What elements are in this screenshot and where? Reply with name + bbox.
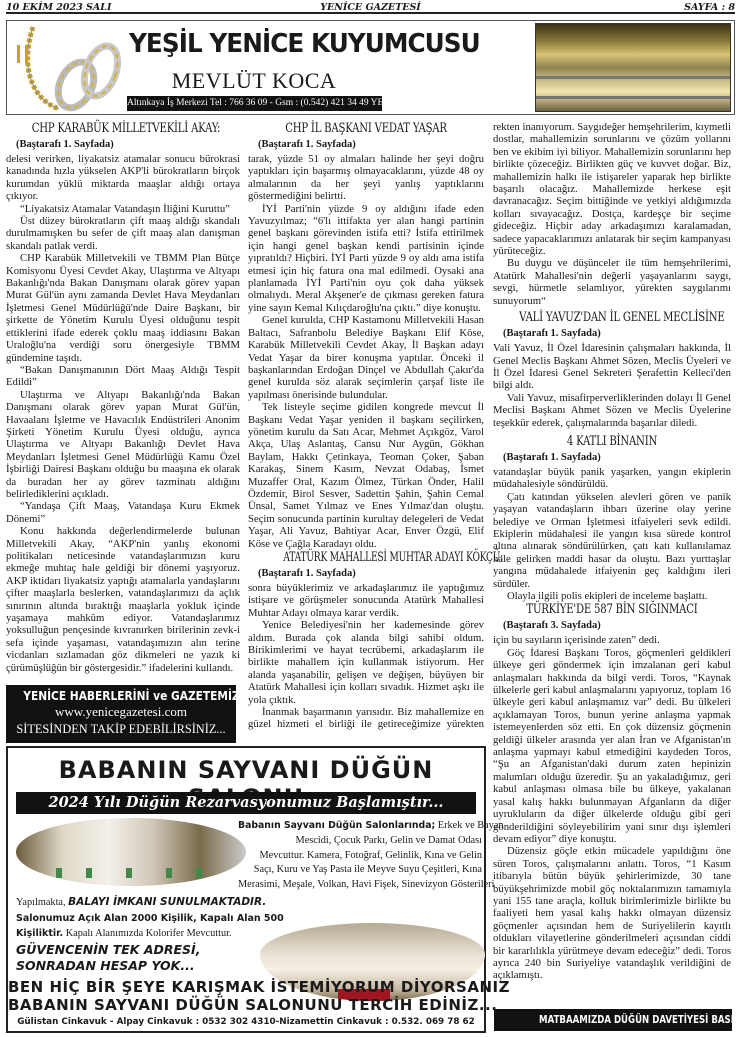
website-banner-title: YENİCE HABERLERİNİ ve GAZETEMİZİ: [23, 687, 219, 704]
article-headline-vali: VALİ YAVUZ'DAN İL GENEL MECLİSİNE: [519, 310, 705, 326]
article-paragraph: Konu hakkında değerlendirmelerde bulunan…: [6, 525, 240, 674]
article-headline-yasar: CHP İL BAŞKANI VEDAT YAŞAR: [274, 121, 458, 137]
hall-services-line: Mescidi, Çocuk Parkı, Gelin ve Damat Oda…: [238, 834, 482, 849]
article-headline-kokcu: ATATÜRK MAHALLESİ MUHTAR ADAYI KÖKÇÜ:: [283, 550, 448, 566]
article-paragraph: Ulaştırma ve Altyapı Bakanlığı'nda Bakan…: [6, 389, 240, 501]
article-paragraph: İnanmak başarmanın yarısıdır. Biz mahall…: [248, 706, 484, 731]
continued-note: (Baştarafı 1. Sayfada): [248, 567, 484, 580]
article-paragraph: Yenice Belediyesi'nin her kademesinde gö…: [248, 619, 484, 706]
continued-note: (Baştarafı 3. Sayfada): [493, 619, 731, 632]
hall-services-line: Saçı, Kuru ve Yaş Pasta ile Meyve Suyu Ç…: [238, 863, 482, 878]
continued-note: (Baştarafı 1. Sayfada): [493, 327, 731, 340]
reservation-banner: 2024 Yılı Düğün Rezarvasyonumuz Başlamış…: [16, 792, 476, 814]
column-3: rekten inanıyorum. Saygıdeğer hemşehrile…: [493, 121, 731, 982]
hall-interior-image: [16, 818, 246, 886]
article-paragraph: Genel kurulda, CHP Kastamonu Milletvekil…: [248, 314, 484, 401]
hall-slogan-2: BABANIN SAYVANI DÜĞÜN SALONUNU TERCİH ED…: [8, 996, 484, 1014]
article-headline-akay: CHP KARABÜK MİLLETVEKİLİ AKAY:: [32, 121, 215, 137]
article-paragraph: Üst düzey bürokratların çift maaş aldığı…: [6, 215, 240, 252]
jeweler-address: Altınkaya İş Merkezi Tel : 766 36 09 - G…: [127, 96, 382, 111]
jeweler-advertisement: YEŞİL YENİCE KUYUMCUSU MEVLÜT KOCA Altın…: [6, 20, 735, 115]
column-2: CHP İL BAŞKANI VEDAT YAŞAR (Baştarafı 1.…: [248, 121, 484, 731]
rings-necklace-image: [11, 23, 123, 113]
hall-slogan-1: BEN HİÇ BİR ŞEYE KARIŞMAK İSTEMİYORUM Dİ…: [8, 978, 484, 996]
continued-note: (Baştarafı 1. Sayfada): [248, 138, 484, 151]
hall-services-line: Merasimi, Meşale, Volkan, Havi Fişek, Si…: [238, 878, 482, 893]
article-subheading: “Liyakatsiz Atamalar Vatandaşın İliğini …: [6, 203, 240, 215]
honeymoon-offer: BALAYI İMKANI SUNULMAKTADIR.: [68, 896, 266, 908]
page-header: 10 EKİM 2023 SALI YENİCE GAZETESİ SAYFA …: [6, 2, 735, 14]
hall-services-line: Erkek ve Bayan: [438, 820, 504, 831]
article-headline-bina: 4 KATLI BİNANIN: [519, 434, 705, 450]
website-url[interactable]: www.yenicegazetesi.com: [6, 704, 236, 720]
article-paragraph: için bu sayıların içerisinde zaten” dedi…: [493, 634, 731, 646]
paper-name: YENİCE GAZETESİ: [6, 2, 735, 13]
article-paragraph: Vali Yavuz, İl Özel İdaresinin çalışmala…: [493, 342, 731, 392]
article-paragraph: Düzensiz göçle etkin mücadele yapıldığın…: [493, 845, 731, 981]
column-1: CHP KARABÜK MİLLETVEKİLİ AKAY: (Baştaraf…: [6, 121, 240, 674]
article-paragraph: Göç İdaresi Başkanı Toros, göçmenleri ge…: [493, 647, 731, 846]
hall-motto-2: SONRADAN HESAP YOK...: [16, 958, 266, 974]
jeweler-owner: MEVLÜT KOCA: [129, 68, 379, 94]
article-paragraph: Bu duygu ve düşünceler ile tüm hemşehril…: [493, 257, 731, 307]
page-number: SAYFA : 8: [684, 2, 735, 13]
article-paragraph: Çatı katından yükselen alevleri gören ve…: [493, 491, 731, 590]
article-paragraph: Olayla ilgili polis ekipleri de inceleme…: [493, 590, 731, 602]
jeweler-name: YEŞİL YENİCE KUYUMCUSU: [129, 29, 367, 59]
hall-services-line: Mevcuttur. Kamera, Fotoğraf, Gelinlik, K…: [238, 849, 482, 864]
print-shop-text: MATBAAMIZDA DÜĞÜN DAVETİYESİ BASILIR TEL…: [539, 1009, 732, 1031]
continued-note: (Baştarafı 1. Sayfada): [493, 451, 731, 464]
article-paragraph-continued: rekten inanıyorum. Saygıdeğer hemşehrile…: [493, 121, 731, 257]
article-headline-siginmaci: TÜRKİYE'DE 587 BİN SIĞINMACI: [519, 602, 705, 618]
hall-capacity-unit: Kişiliktir.: [16, 928, 63, 939]
hall-capacity-info: Yapılmakta, BALAYI İMKANI SUNULMAKTADIR.…: [16, 894, 266, 974]
article-paragraph: vatandaşlar büyük panik yaşarken, yangın…: [493, 466, 731, 491]
jewelry-display-image: [535, 23, 731, 112]
website-banner-subtitle: SİTESİNDEN TAKİP EDEBİLİRSİNİZ...: [12, 720, 231, 738]
hall-services-description: Babanın Sayvanı Düğün Salonlarında; Erke…: [238, 819, 482, 893]
article-paragraph: Vali Yavuz, misafirperverliklerinden dol…: [493, 392, 731, 429]
article-subheading: “Yandaşa Çift Maaş, Vatandaşa Kuru Ekmek…: [6, 500, 240, 525]
print-shop-banner: MATBAAMIZDA DÜĞÜN DAVETİYESİ BASILIR TEL…: [494, 1009, 732, 1031]
continued-note: (Baştarafı 1. Sayfada): [6, 138, 240, 151]
article-subheading: “Bakan Danışmanının Dört Maaş Aldığı Tes…: [6, 364, 240, 389]
article-paragraph: tarak, yüzde 51 oy almaları halinde her …: [248, 153, 484, 203]
website-banner[interactable]: YENİCE HABERLERİNİ ve GAZETEMİZİ www.yen…: [6, 685, 236, 743]
article-paragraph: Tek listeyle seçime gidilen kongrede mev…: [248, 401, 484, 550]
hall-services-lead: Babanın Sayvanı Düğün Salonlarında;: [238, 820, 435, 831]
wedding-hall-advertisement: BABANIN SAYVANI DÜĞÜN SALONU 2024 Yılı D…: [6, 746, 486, 1033]
hall-yapilmakta: Yapılmakta,: [16, 897, 66, 908]
hall-motto-1: GÜVENCENİN TEK ADRESİ,: [16, 942, 266, 958]
article-paragraph: İYİ Parti'nin yüzde 9 oy aldığını ifade …: [248, 203, 484, 315]
hall-capacity: Salonumuz Açık Alan 2000 Kişilik, Kapalı…: [16, 911, 266, 927]
article-paragraph: sonra büyüklerimiz ve arkadaşlarımız ile…: [248, 582, 484, 619]
hall-heating: Kapalı Alanımızda Kolorifer Mevcuttur.: [66, 928, 232, 939]
article-paragraph: CHP Karabük Milletvekili ve TBMM Plan Bü…: [6, 252, 240, 364]
hall-contact-phones: Gülistan Cinkavuk - Alpay Cinkavuk : 053…: [8, 1017, 484, 1027]
article-paragraph: delesi verirken, liyakatsiz atamalar son…: [6, 153, 240, 203]
